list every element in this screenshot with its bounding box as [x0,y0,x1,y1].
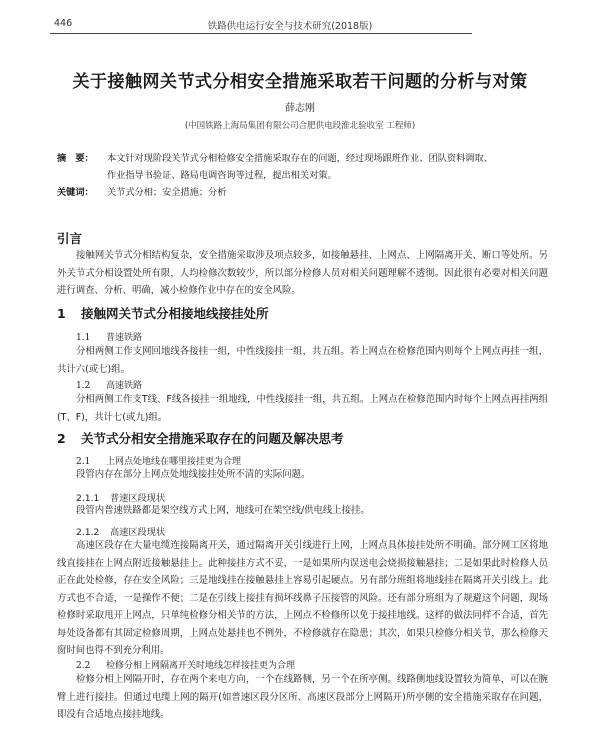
paragraph-2-1-2: 高速区段存在大量电缆连接隔离开关，通过隔离开关引线进行上网，上网点具体接挂处所不… [57,537,548,660]
paper-title: 关于接触网关节式分相安全措施采取若干问题的分析与对策 [0,67,600,92]
header-rule [50,33,472,34]
paragraph-1-2: 分相两侧工作支T线、F线各接挂一组地线，中性线接挂一组，共五组。上网点在检修范围… [57,391,548,426]
section-heading-intro: 引言 [57,229,82,247]
subsection-heading-2-2: 2.2检修分相上网隔离开关时地线怎样接挂更为合理 [76,658,295,671]
subsection-heading-1-1: 1.1普速铁路 [76,330,142,343]
keywords-text: 关节式分相；安全措施；分析 [107,184,226,201]
keywords: 关键词： 关节式分相；安全措施；分析 [57,184,548,201]
abstract-line-1: 本文针对现阶段关节式分相检修安全措施采取存在的问题，经过现场跟班作业、团队资料调… [107,150,548,167]
paragraph-2-2: 检修分相上网隔开时，存在两个来电方向，一个在线路侧，另一个在所亭侧。线路侧地线设… [57,671,548,724]
paragraph-2-1: 段管内存在部分上网点处地线接挂处所不清的实际问题。 [76,466,548,484]
subsection-heading-2-1-2: 2.1.2高速区段现状 [76,524,165,538]
paragraph-1-1: 分相两侧工作支网回地线各接挂一组，中性线接挂一组，共五组。若上网点在检修范围内则… [57,343,548,378]
abstract-label: 摘 要： [57,150,107,167]
intro-paragraph: 接触网关节式分相结构复杂，安全措施采取涉及项点较多，如接触悬挂、上网点、上网隔离… [57,247,548,300]
subsection-heading-1-2: 1.2高速铁路 [76,378,142,391]
journal-title: 铁路供电运行安全与技术研究(2018版) [50,18,530,32]
section-heading-1: 1接触网关节式分相接地线接挂处所 [57,304,269,322]
author-affiliation: (中国铁路上海局集团有限公司合肥供电段淮北验收室 工程师) [0,119,600,131]
paper-page: 446 铁路供电运行安全与技术研究(2018版) 关于接触网关节式分相安全措施采… [0,0,600,753]
keywords-label: 关键词： [57,184,107,201]
author-name: 薛志刚 [0,99,600,114]
abstract: 摘 要： 本文针对现阶段关节式分相检修安全措施采取存在的问题，经过现场跟班作业、… [57,150,548,184]
abstract-line-2: 作业指导书验证、路局电调咨询等过程，提出相关对策。 [107,167,548,184]
running-head: 446 铁路供电运行安全与技术研究(2018版) [50,18,530,34]
paragraph-2-1-1: 段管内普速铁路都是架空线方式上网，地线可在架空线/供电线上接挂。 [76,502,548,520]
section-heading-2: 2关节式分相安全措施采取存在的问题及解决思考 [57,429,344,447]
